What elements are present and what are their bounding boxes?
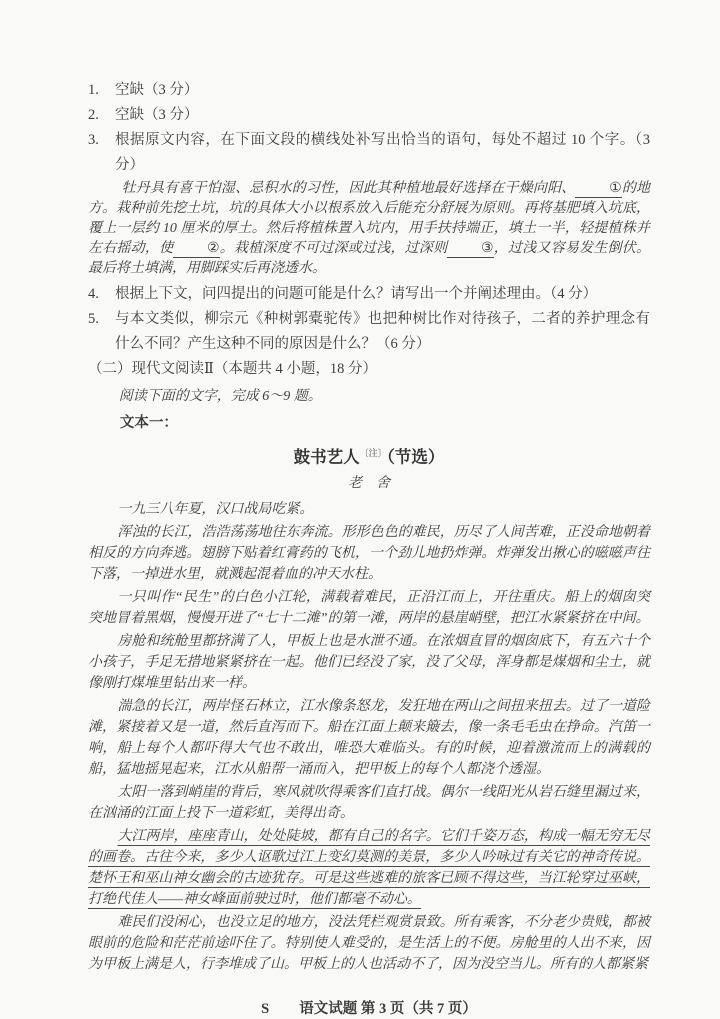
exam-page: 1. 空缺（3 分） 2. 空缺（3 分） 3. 根据原文内容，在下面文段的横线… — [0, 0, 720, 1019]
passage-paragraph: 浑浊的长江，浩浩荡荡地往东奔流。形形色色的难民，历尽了人间苦难，正没命地朝着相反… — [88, 522, 650, 585]
reading-instruction: 阅读下面的文字，完成 6～9 题。 — [88, 384, 650, 409]
question-1: 1. 空缺（3 分） — [88, 78, 650, 103]
question-number: 4. — [88, 282, 115, 307]
passage-paragraph: 一只叫作“民生”的白色小江轮，满载着难民，正沿江而上，开往重庆。船上的烟囱突突地… — [88, 587, 650, 629]
section-heading: （二）现代文阅读Ⅱ（本题共 4 小题，18 分） — [88, 357, 650, 382]
question-text: 与本文类似，柳宗元《种树郭橐驼传》也把种树比作对待孩子，二者的养护理念有什么不同… — [115, 307, 650, 357]
underlined-paragraph: 大江两岸，座座青山，处处陡坡，都有自己的名字。它们千姿万态，构成一幅无穷无尽的画… — [88, 826, 650, 910]
circled-number-2: ② — [207, 241, 220, 256]
author-name: 老 舍 — [88, 473, 650, 495]
question-3-passage: 牡丹具有喜干怕湿、忌积水的习性，因此其种植地最好选择在干燥向阳、①的地方。栽种前… — [88, 179, 650, 279]
passage-paragraph: 房舱和统舱里都挤满了人，甲板上也是水泄不通。在浓烟直冒的烟囱底下，有五六十个小孩… — [88, 631, 650, 694]
passage-title-text: 鼓书艺人 — [294, 449, 360, 467]
passage-paragraph: 难民们没闲心，也没立足的地方，没法凭栏观赏景致。所有乘客，不分老少贵贱，都被眼前… — [88, 912, 650, 975]
question-2: 2. 空缺（3 分） — [88, 103, 650, 128]
page-footer: S语文试题 第 3 页（共 7 页） — [88, 997, 650, 1018]
circled-number-1: ① — [609, 181, 622, 196]
passage-paragraph: 一九三八年夏，汉口战局吃紧。 — [88, 499, 650, 520]
question-number: 5. — [88, 307, 115, 357]
passage-title-suffix: （节选） — [387, 449, 445, 467]
question-number: 2. — [88, 103, 115, 128]
page-number-text: 语文试题 第 3 页（共 7 页） — [299, 1001, 477, 1017]
question-5: 5. 与本文类似，柳宗元《种树郭橐驼传》也把种树比作对待孩子，二者的养护理念有什… — [88, 307, 650, 357]
question-number: 1. — [88, 78, 115, 103]
question-text: 根据原文内容，在下面文段的横线处补写出恰当的语句，每处不超过 10 个字。（3 … — [115, 128, 650, 178]
fill-blank-3: ③ — [447, 241, 493, 258]
circled-number-3: ③ — [481, 241, 494, 256]
question-4: 4. 根据上下文，问四提出的问题可能是什么？请写出一个并阐述理由。（4 分） — [88, 282, 650, 307]
question-3: 3. 根据原文内容，在下面文段的横线处补写出恰当的语句，每处不超过 10 个字。… — [88, 128, 650, 178]
passage-segment: 牡丹具有喜干怕湿、忌积水的习性，因此其种植地最好选择在干燥向阳、 — [122, 181, 576, 196]
fill-blank-1: ① — [575, 181, 621, 198]
paper-code: S — [261, 1001, 269, 1017]
question-text: 根据上下文，问四提出的问题可能是什么？请写出一个并阐述理由。（4 分） — [115, 282, 650, 307]
passage-title: 鼓书艺人〔注〕（节选） — [88, 440, 650, 471]
footnote-marker: 〔注〕 — [360, 448, 387, 458]
fill-blank-2: ② — [173, 241, 219, 258]
question-text: 空缺（3 分） — [115, 78, 650, 103]
text-one-label: 文本一： — [88, 411, 650, 436]
question-text: 空缺（3 分） — [115, 103, 650, 128]
passage-paragraph: 湍急的长江，两岸怪石林立，江水像条怒龙，发狂地在两山之间扭来扭去。过了一道险滩，… — [88, 696, 650, 780]
passage-segment: 。栽植深度不可过深或过浅，过深则 — [220, 241, 448, 256]
passage-paragraph: 太阳一落到峭崖的背后，寒风就吹得乘客们直打战。偶尔一线阳光从岩石缝里漏过来，在汹… — [88, 782, 650, 824]
question-number: 3. — [88, 128, 115, 178]
passage-body: 一九三八年夏，汉口战局吃紧。 浑浊的长江，浩浩荡荡地往东奔流。形形色色的难民，历… — [88, 499, 650, 975]
